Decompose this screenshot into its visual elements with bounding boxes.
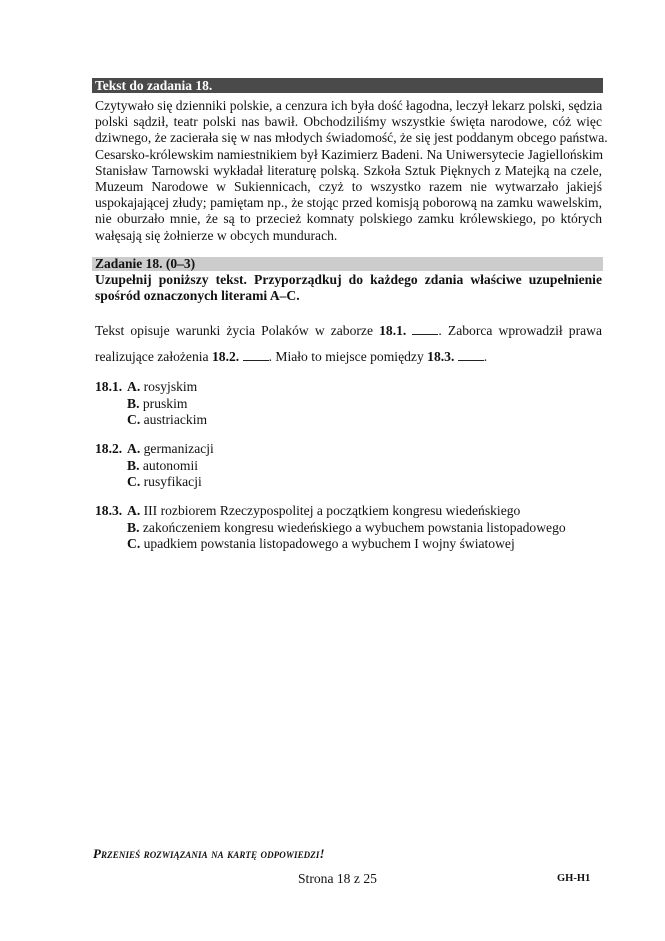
option-letter: B. <box>127 520 139 535</box>
question-number: 18.3. <box>95 503 127 520</box>
option-text: germanizacji <box>144 441 214 456</box>
passage-line: wałęsają się żołnierze w obcych mundurac… <box>95 228 602 244</box>
cloze-ref-18-1: 18.1. <box>379 323 406 338</box>
cloze-text-part: Tekst opisuje warunki życia Polaków w za… <box>95 323 373 338</box>
answer-blank-18-3[interactable] <box>458 350 484 361</box>
question-number: 18.1. <box>95 379 127 396</box>
option-row[interactable]: C. austriackim <box>95 412 207 429</box>
cloze-ref-18-2: 18.2. <box>212 349 239 364</box>
cloze-line-2: realizujące założenia 18.2. . Miało to m… <box>95 344 602 370</box>
option-text: rusyfikacji <box>144 474 202 489</box>
option-letter: B. <box>127 458 139 473</box>
option-letter: C. <box>127 536 140 551</box>
option-row[interactable]: 18.3.A. III rozbiorem Rzeczypospolitej a… <box>95 503 566 520</box>
option-row[interactable]: C. upadkiem powstania listopadowego a wy… <box>95 536 566 553</box>
task-header: Zadanie 18. (0–3) <box>92 257 603 271</box>
option-row[interactable]: B. zakończeniem kongresu wiedeńskiego a … <box>95 520 566 537</box>
instruction-line: Uzupełnij poniższy tekst. Przyporządkuj … <box>95 272 602 288</box>
option-letter: A. <box>127 503 140 518</box>
option-row[interactable]: B. autonomii <box>95 458 214 475</box>
option-letter: C. <box>127 412 140 427</box>
transfer-answers-note: Przenieś rozwiązania na kartę odpowiedzi… <box>93 846 325 862</box>
cloze-text-part: realizujące założenia <box>95 349 209 364</box>
question-18-1: 18.1.A. rosyjskim B. pruskim C. austriac… <box>95 379 207 429</box>
answer-blank-18-2[interactable] <box>243 350 269 361</box>
cloze-line-1: Tekst opisuje warunki życia Polaków w za… <box>95 318 602 344</box>
option-text: autonomii <box>143 458 198 473</box>
question-18-3: 18.3.A. III rozbiorem Rzeczypospolitej a… <box>95 503 566 553</box>
passage-line: Cesarsko-królewskim namiestnikiem był Ka… <box>95 147 602 163</box>
passage-line: Stanisław Tarnowski wykładał literaturę … <box>95 163 602 179</box>
option-text: III rozbiorem Rzeczypospolitej a początk… <box>144 503 521 518</box>
passage-line: Czytywało się dzienniki polskie, a cenzu… <box>95 98 602 114</box>
option-row[interactable]: 18.2.A. germanizacji <box>95 441 214 458</box>
answer-blank-18-1[interactable] <box>412 324 438 335</box>
cloze-text-part: . <box>484 349 487 364</box>
instruction-line: spośród oznaczonych literami A–C. <box>95 288 602 304</box>
exam-code: GH-H1 <box>557 873 590 884</box>
passage-line: uspokajającej złudy; pamiętam np., że st… <box>95 195 602 211</box>
passage-line: Muzeum Narodowe w Sukiennicach, czyż to … <box>95 179 602 195</box>
option-text: pruskim <box>143 396 188 411</box>
option-row[interactable]: B. pruskim <box>95 396 207 413</box>
question-18-2: 18.2.A. germanizacji B. autonomii C. rus… <box>95 441 214 491</box>
option-text: upadkiem powstania listopadowego a wybuc… <box>144 536 515 551</box>
option-text: zakończeniem kongresu wiedeńskiego a wyb… <box>143 520 566 535</box>
option-row[interactable]: C. rusyfikacji <box>95 474 214 491</box>
passage-line: polski sądził, teatr polski nas bawił. O… <box>95 114 602 130</box>
cloze-text: Tekst opisuje warunki życia Polaków w za… <box>95 318 602 370</box>
task-instruction: Uzupełnij poniższy tekst. Przyporządkuj … <box>95 272 602 303</box>
option-text: rosyjskim <box>144 379 198 394</box>
option-letter: C. <box>127 474 140 489</box>
option-row[interactable]: 18.1.A. rosyjskim <box>95 379 207 396</box>
option-letter: A. <box>127 441 140 456</box>
option-letter: A. <box>127 379 140 394</box>
cloze-text-part: . Miało to miejsce pomiędzy <box>269 349 424 364</box>
option-text: austriackim <box>144 412 207 427</box>
page-number: Strona 18 z 25 <box>298 871 377 887</box>
passage-line: dziwnego, że zacierała się w nas młodych… <box>95 130 602 146</box>
passage-line: nie oburzało mnie, że są to przecież kom… <box>95 211 602 227</box>
cloze-ref-18-3: 18.3. <box>427 349 454 364</box>
source-header: Tekst do zadania 18. <box>92 78 603 93</box>
question-number: 18.2. <box>95 441 127 458</box>
cloze-text-part: . Zaborca wprowadził prawa <box>438 323 602 338</box>
exam-page: Tekst do zadania 18. Czytywało się dzien… <box>0 0 665 941</box>
source-passage: Czytywało się dzienniki polskie, a cenzu… <box>95 98 602 244</box>
option-letter: B. <box>127 396 139 411</box>
